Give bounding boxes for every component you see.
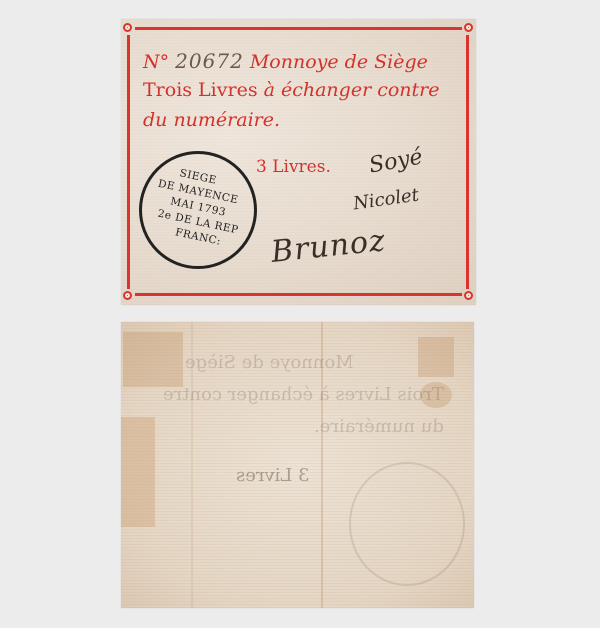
banknote-back: Monnoye de Siège Trois Livres à échanger…: [121, 322, 474, 608]
border-bottom: [135, 293, 462, 296]
siege-seal-stamp: SIEGE DE MAYENCE MAI 1793 2e DE LA REP F…: [139, 151, 257, 269]
corner-ornament-icon: [464, 23, 473, 32]
showthrough-seal: [349, 462, 465, 586]
signature: Nicolet: [352, 185, 420, 215]
showthrough-text: Trois Livres à échanger contre: [163, 384, 444, 405]
border-top: [135, 27, 462, 30]
stain: [418, 337, 454, 377]
numeraire-line: du numéraire.: [143, 109, 280, 131]
signature: Brunoz: [269, 223, 387, 270]
exchange-text: à échanger contre: [264, 79, 440, 101]
stain: [121, 417, 155, 527]
signature: Soyé: [367, 145, 424, 179]
border-right: [466, 35, 469, 289]
showthrough-text: Monnoye de Siège: [185, 352, 354, 373]
showthrough-denomination: 3 Livres: [236, 465, 310, 486]
value-line: Trois Livres à échanger contre: [143, 79, 439, 101]
border-left: [127, 35, 130, 289]
banknote-front: N° 20672 Monnoye de Siège Trois Livres à…: [121, 19, 476, 305]
showthrough-text: du numéraire.: [314, 416, 444, 437]
corner-ornament-icon: [464, 291, 473, 300]
stain: [123, 332, 183, 387]
corner-ornament-icon: [123, 291, 132, 300]
number-label: N°: [143, 51, 169, 73]
header-line: N° 20672 Monnoye de Siège: [143, 49, 428, 73]
serial-number: 20672: [175, 49, 244, 73]
issue-title: Monnoye de Siège: [250, 51, 428, 73]
corner-ornament-icon: [123, 23, 132, 32]
denomination: 3 Livres.: [256, 157, 331, 177]
value-text: Trois Livres: [143, 79, 264, 101]
